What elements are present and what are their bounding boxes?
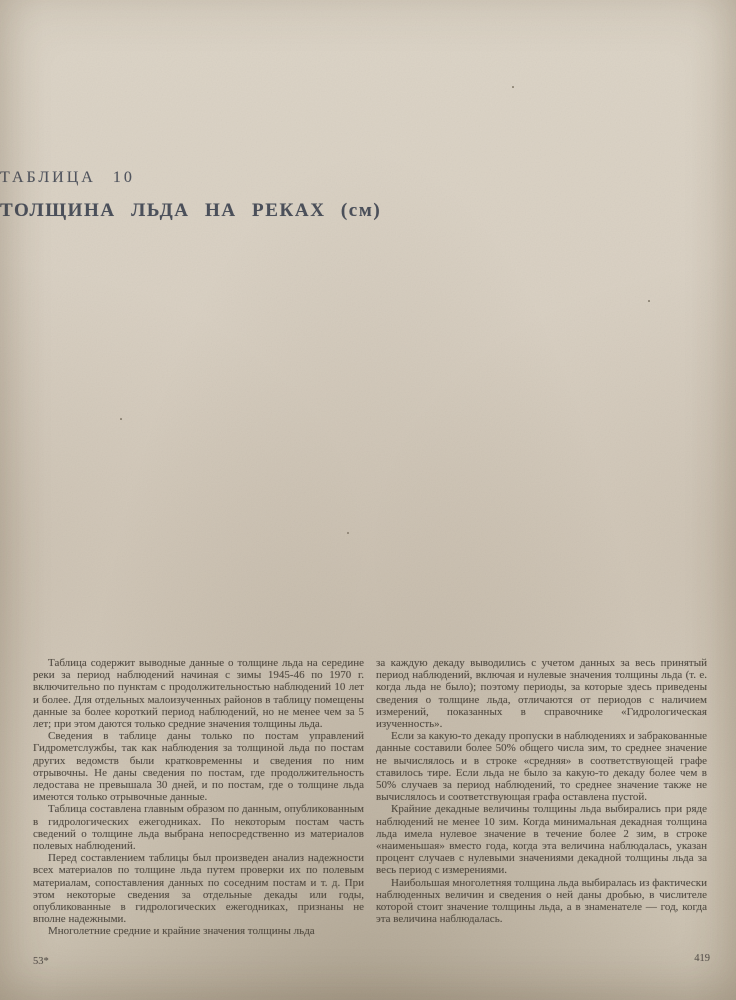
scanned-book-page: ТАБЛИЦА 10 ТОЛЩИНА ЛЬДА НА РЕКАХ (см) Та… (0, 0, 736, 1000)
paragraph: Таблица содержит выводные данные о толщи… (33, 657, 364, 730)
dust-speck (648, 300, 650, 302)
dust-speck (120, 418, 122, 420)
paragraph: Многолетние средние и крайние значения т… (33, 925, 364, 937)
text-column-left: Таблица содержит выводные данные о толщи… (33, 657, 364, 938)
paragraph: Перед составлением таблицы был произведе… (33, 852, 364, 925)
paragraph: Сведения в таблице даны только по постам… (33, 730, 364, 803)
paragraph: Крайние декадные величины толщины льда в… (376, 803, 707, 876)
footer-page-number: 419 (694, 953, 710, 964)
page-title: ТОЛЩИНА ЛЬДА НА РЕКАХ (см) (0, 201, 736, 221)
dust-speck (512, 86, 514, 88)
table-number-heading: ТАБЛИЦА 10 (0, 169, 736, 186)
paragraph-continuation: за каждую декаду выводились с учетом дан… (376, 657, 707, 730)
paragraph: Наибольшая многолетняя толщина льда выби… (376, 877, 707, 926)
dust-speck (347, 532, 349, 534)
footer-signature-number: 53* (33, 956, 49, 967)
text-column-right: за каждую декаду выводились с учетом дан… (376, 657, 707, 938)
paragraph: Таблица составлена главным образом по да… (33, 803, 364, 852)
paragraph: Если за какую-то декаду пропуски в наблю… (376, 730, 707, 803)
explanatory-text-block: Таблица содержит выводные данные о толщи… (33, 657, 707, 938)
